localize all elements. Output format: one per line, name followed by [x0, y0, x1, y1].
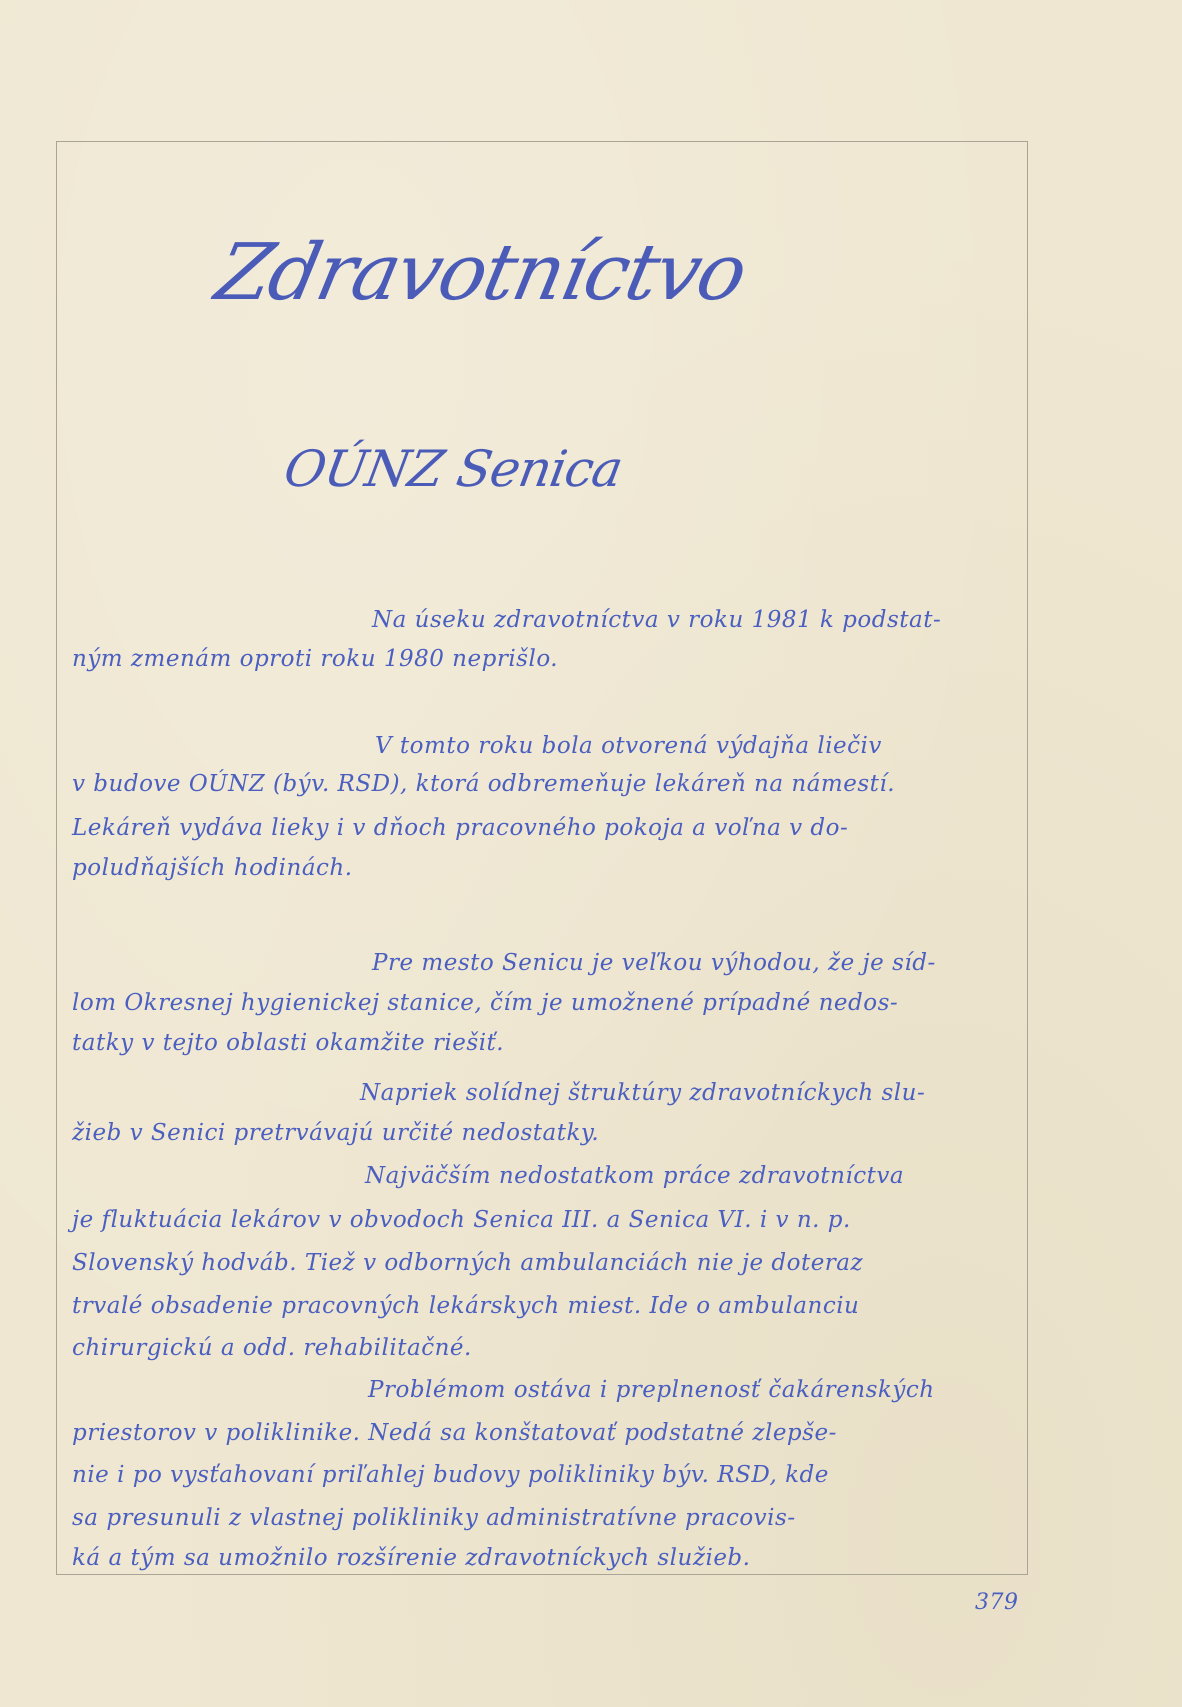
text-line: lom Okresnej hygienickej stanice, čím je…	[72, 990, 898, 1016]
text-line: Slovenský hodváb. Tiež v odborných ambul…	[72, 1250, 863, 1276]
text-line: Pre mesto Senicu je veľkou výhodou, že j…	[372, 950, 936, 976]
text-line: chirurgickú a odd. rehabilitačné.	[72, 1335, 472, 1361]
text-line: V tomto roku bola otvorená výdajňa lieči…	[375, 733, 882, 759]
text-line: poludňajších hodinách.	[72, 855, 353, 881]
text-line: Napriek solídnej štruktúry zdravotníckyc…	[360, 1080, 925, 1106]
text-line: Najväčším nedostatkom práce zdravotníctv…	[365, 1163, 904, 1189]
text-line: sa presunuli z vlastnej polikliniky admi…	[72, 1505, 796, 1531]
text-line: nie i po vysťahovaní priľahlej budovy po…	[72, 1462, 829, 1488]
text-line: Problémom ostáva i preplnenosť čakárensk…	[368, 1377, 935, 1403]
text-line: žieb v Senici pretrvávajú určité nedosta…	[72, 1120, 599, 1146]
text-line: ká a tým sa umožnilo rozšírenie zdravotn…	[72, 1545, 750, 1571]
text-line: je fluktuácia lekárov v obvodoch Senica …	[72, 1207, 851, 1233]
text-line: priestorov v poliklinike. Nedá sa konšta…	[72, 1420, 837, 1446]
text-line: Na úseku zdravotníctva v roku 1981 k pod…	[372, 607, 941, 633]
document-title: Zdravotníctvo	[208, 228, 753, 318]
page-number: 379	[975, 1590, 1019, 1615]
text-line: ným zmenám oproti roku 1980 neprišlo.	[72, 646, 558, 672]
text-line: tatky v tejto oblasti okamžite riešiť.	[72, 1030, 504, 1056]
document-page: Zdravotníctvo OÚNZ Senica Na úseku zdrav…	[0, 0, 1182, 1707]
text-line: trvalé obsadenie pracovných lekárskych m…	[72, 1293, 859, 1319]
document-subtitle: OÚNZ Senica	[280, 440, 627, 498]
text-line: v budove OÚNZ (býv. RSD), ktorá odbremeň…	[72, 771, 895, 797]
text-line: Lekáreň vydáva lieky i v dňoch pracovnéh…	[72, 815, 848, 841]
